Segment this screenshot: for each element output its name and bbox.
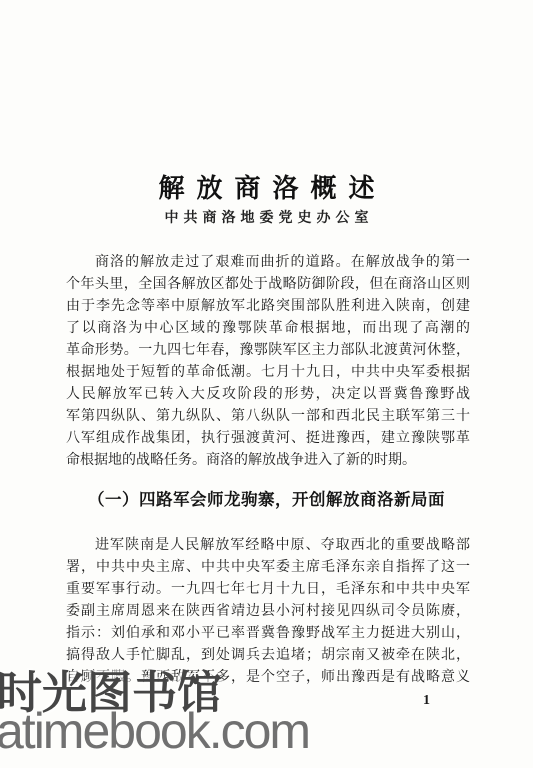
text-line: 指示：刘伯承和邓小平已率晋冀鲁豫野战军主力挺进大别山，: [66, 623, 470, 645]
paragraph-1: 商洛的解放走过了艰难而曲折的道路。在解放战争的第一 个年头里，全国各解放区都处于…: [66, 252, 470, 472]
page-subtitle: 中共商洛地委党史办公室: [0, 207, 533, 227]
text-line: 重要军事行动。一九四七年七月十九日，毛泽东和中共中央军: [66, 579, 470, 601]
text-line: 革命形势。一九四七年春，豫鄂陕军区主力部队北渡黄河休整，: [66, 340, 470, 362]
watermark-site-url: atimebook.com: [0, 702, 309, 760]
text-line: 军第四纵队、第九纵队、第八纵队一部和西北民主联军第三十: [66, 406, 470, 428]
text-line: 命根据地的战略任务。商洛的解放战争进入了新的时期。: [66, 450, 470, 472]
text-line: 自顾不暇。豫西敌军不多，是个空子，师出豫西是有战略意义: [66, 667, 470, 689]
text-line: 搞得敌人手忙脚乱，到处调兵去追堵；胡宗南又被牵在陕北，: [66, 645, 470, 667]
paragraph-2: 进军陕南是人民解放军经略中原、夺取西北的重要战略部 署，中共中央主席、中共中央军…: [66, 535, 470, 689]
text-line: 人民解放军已转入大反攻阶段的形势，决定以晋冀鲁豫野战: [66, 384, 470, 406]
text-line: 进军陕南是人民解放军经略中原、夺取西北的重要战略部: [66, 535, 470, 557]
text-line: 根据地处于短暂的革命低潮。七月十九日，中共中央军委根据: [66, 362, 470, 384]
page-number: 1: [423, 693, 430, 709]
text-line: 八军组成作战集团，执行强渡黄河、挺进豫西，建立豫陕鄂革: [66, 428, 470, 450]
text-line: 了以商洛为中心区域的豫鄂陕革命根据地，而出现了高潮的: [66, 318, 470, 340]
text-line: 署，中共中央主席、中共中央军委主席毛泽东亲自指挥了这一: [66, 557, 470, 579]
text-line: 委副主席周恩来在陕西省靖边县小河村接见四纵司令员陈赓，: [66, 601, 470, 623]
scanned-book-page: 解放商洛概述 中共商洛地委党史办公室 商洛的解放走过了艰难而曲折的道路。在解放战…: [0, 0, 533, 768]
section-heading: （一）四路军会师龙驹寨，开创解放商洛新局面: [0, 486, 533, 510]
text-line: 个年头里，全国各解放区都处于战略防御阶段，但在商洛山区则: [66, 274, 470, 296]
page-title: 解放商洛概述: [0, 168, 533, 205]
text-line: 商洛的解放走过了艰难而曲折的道路。在解放战争的第一: [66, 252, 470, 274]
text-line: 由于李先念等率中原解放军北路突围部队胜利进入陕南，创建: [66, 296, 470, 318]
